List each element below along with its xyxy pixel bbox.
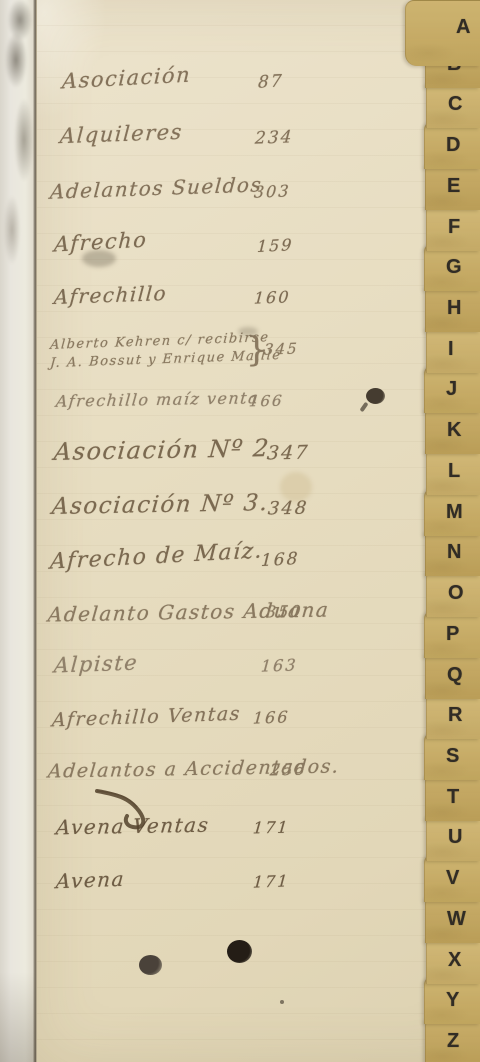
entry-page-number: 166 xyxy=(248,392,284,411)
entry-page-number: 87 xyxy=(257,71,284,92)
ink-blot-small xyxy=(366,388,385,404)
entry-label: Avena Ventas xyxy=(55,813,211,840)
tab-letter-r: R xyxy=(448,704,462,727)
entry-label: Asociación xyxy=(61,63,191,94)
entry-page-number: 347 xyxy=(266,442,310,465)
index-tab-w: W xyxy=(425,895,480,943)
tab-letter-t: T xyxy=(447,786,459,809)
index-tab-d: D xyxy=(424,121,480,169)
tab-letter-p: P xyxy=(446,623,459,646)
tab-letter-i: I xyxy=(448,338,454,361)
entry-label: Alpiste xyxy=(53,650,139,677)
tab-letter-o: O xyxy=(448,582,464,605)
index-tab-l: L xyxy=(426,447,480,495)
entry-label: Alquileres xyxy=(59,120,184,148)
tab-letter-m: M xyxy=(446,501,463,524)
tab-letter-k: K xyxy=(447,419,461,442)
ink-blot-left xyxy=(139,955,162,975)
entry-page-number: 350 xyxy=(265,602,303,622)
smudge-under-afrecho xyxy=(82,250,116,267)
tab-letter-x: X xyxy=(448,949,461,972)
entry-page-number: 303 xyxy=(253,181,291,201)
index-tab-a: A xyxy=(405,0,480,66)
entry-label: Adelantos Sueldos xyxy=(49,172,263,203)
index-tab-k: K xyxy=(425,406,480,454)
alphabet-tab-column: ABCDEFGHIJKLMNOPQRSTUVWXYZ xyxy=(400,0,480,1062)
tab-letter-c: C xyxy=(448,93,462,116)
entry-page-number: 345 xyxy=(263,339,299,358)
tab-letter-e: E xyxy=(447,175,460,198)
entry-page-number: 234 xyxy=(254,127,294,148)
tab-letter-z: Z xyxy=(447,1030,459,1053)
smudge-right-margin xyxy=(238,327,258,336)
entry-page-number: 168 xyxy=(261,549,300,571)
entry-label: Afrechillo xyxy=(53,281,168,309)
entry-label: Afrechillo maíz venta xyxy=(55,388,260,411)
index-tab-s: S xyxy=(424,732,480,780)
tab-letter-v: V xyxy=(446,867,459,890)
index-tab-e: E xyxy=(425,162,480,210)
tab-letter-d: D xyxy=(446,134,460,157)
tab-letter-a: A xyxy=(456,16,470,39)
tab-letter-y: Y xyxy=(446,989,459,1012)
entry-label: Asociación Nº 2 xyxy=(53,434,271,466)
index-tab-h: H xyxy=(425,284,480,332)
entry-page-number: 159 xyxy=(257,235,294,256)
entry-page-number: 171 xyxy=(252,818,290,838)
entry-page-number: 256 xyxy=(269,760,307,780)
entry-page-number: 171 xyxy=(252,871,290,891)
tab-letter-u: U xyxy=(448,826,462,849)
entry-page-number: 166 xyxy=(252,707,290,727)
tiny-speck xyxy=(280,1000,284,1004)
tab-letter-w: W xyxy=(447,908,466,931)
tab-letter-f: F xyxy=(448,216,460,239)
tab-letter-q: Q xyxy=(447,664,463,687)
entry-label: Avena xyxy=(55,867,126,893)
tab-letter-h: H xyxy=(447,297,461,320)
ink-blot-right xyxy=(227,940,252,963)
index-tab-v: V xyxy=(424,854,480,902)
index-tab-o: O xyxy=(426,569,480,617)
entry-label: Afrecho de Maíz. xyxy=(49,538,263,574)
entry-label: Afrechillo Ventas xyxy=(51,703,241,732)
tab-letter-l: L xyxy=(448,460,460,483)
tab-letter-j: J xyxy=(446,378,457,401)
scanned-ledger-index-page: Asociación87Alquileres234Adelantos Sueld… xyxy=(0,0,480,1062)
faint-round-stain xyxy=(280,472,312,502)
tab-letter-s: S xyxy=(446,745,459,768)
tab-letter-g: G xyxy=(446,256,462,279)
tab-letter-n: N xyxy=(447,541,461,564)
entry-page-number: 160 xyxy=(253,287,291,307)
entry-page-number: 163 xyxy=(260,655,298,675)
entry-page-number: 348 xyxy=(267,498,309,520)
entry-label: Asociación Nº 3. xyxy=(51,490,270,520)
